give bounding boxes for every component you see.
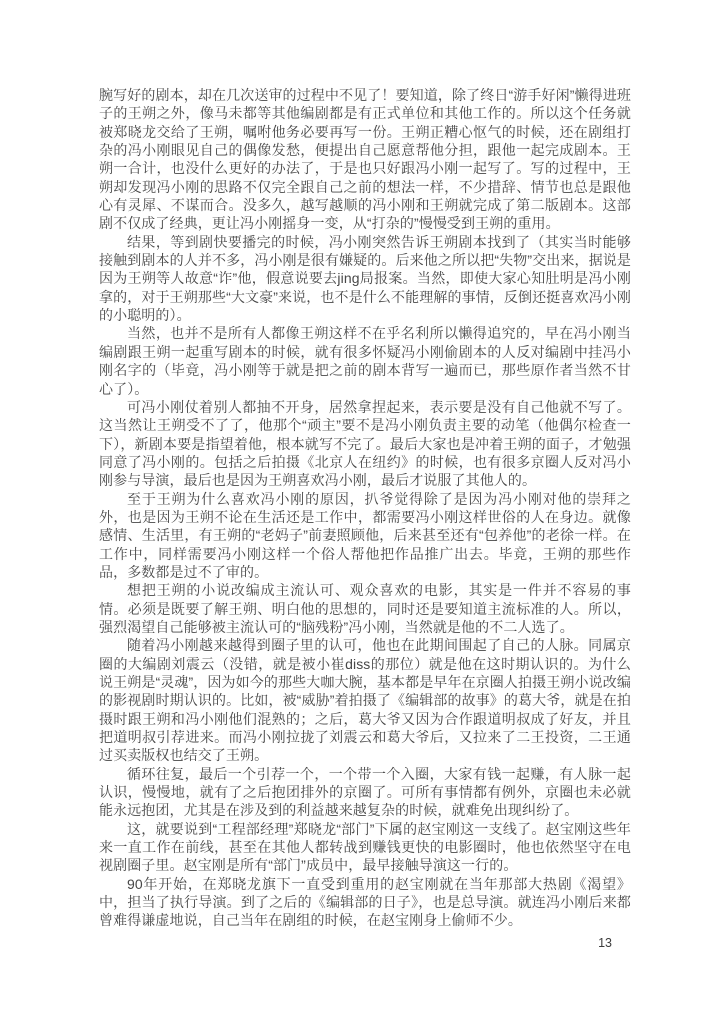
paragraph: 90年开始，在郑晓龙旗下一直受到重用的赵宝刚就在当年那部大热剧《渴望》中，担当了…: [99, 875, 631, 930]
paragraph: 循环往复，最后一个引荐一个，一个带一个入圈，大家有钱一起赚，有人脉一起认识，慢慢…: [99, 765, 631, 820]
paragraph: 这，就要说到“工程部经理”郑晓龙“部门”下属的赵宝刚这一支线了。赵宝刚这些年来一…: [99, 820, 631, 875]
article-body: 腕写好的剧本，却在几次送审的过程中不见了！要知道，除了终日“游手好闲”懒得进班子…: [99, 86, 631, 930]
paragraph: 随着冯小刚越来越得到圈子里的认可，他也在此期间围起了自己的人脉。同属京圈的大编剧…: [99, 636, 631, 764]
paragraph: 想把王朔的小说改编成主流认可、观众喜欢的电影，其实是一件并不容易的事情。必须是既…: [99, 581, 631, 636]
paragraph: 腕写好的剧本，却在几次送审的过程中不见了！要知道，除了终日“游手好闲”懒得进班子…: [99, 86, 631, 233]
paragraph: 至于王朔为什么喜欢冯小刚的原因，扒爷觉得除了是因为冯小刚对他的崇拜之外，也是因为…: [99, 490, 631, 582]
page-number: 13: [0, 936, 612, 950]
paragraph: 可冯小刚仗着别人都抽不开身，居然拿捏起来，表示要是没有自己他就不写了。这当然让王…: [99, 398, 631, 490]
document-page: 腕写好的剧本，却在几次送审的过程中不见了！要知道，除了终日“游手好闲”懒得进班子…: [0, 0, 723, 1024]
paragraph: 当然，也并不是所有人都像王朔这样不在乎名利所以懒得追究的，早在冯小刚当编剧跟王朔…: [99, 324, 631, 397]
paragraph: 结果，等到剧快要播完的时候，冯小刚突然告诉王朔剧本找到了（其实当时能够接触到剧本…: [99, 233, 631, 325]
